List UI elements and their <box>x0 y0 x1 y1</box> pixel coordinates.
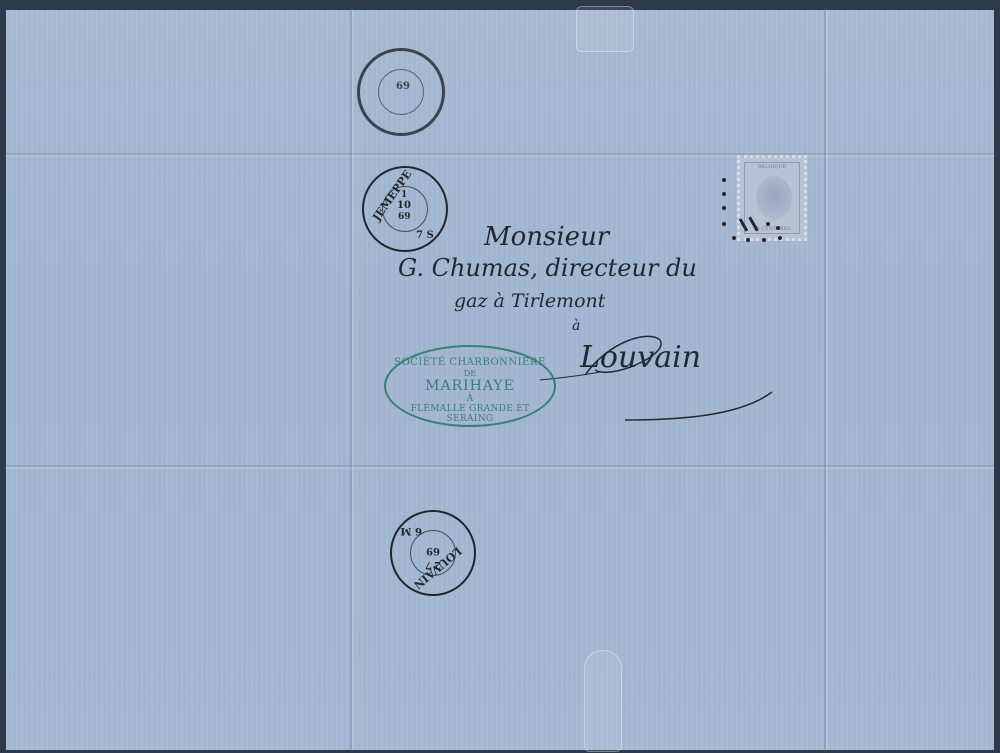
paper-seal-remnant <box>576 6 634 52</box>
king-portrait-icon <box>756 176 792 220</box>
address-salutation: Monsieur <box>484 222 609 252</box>
company-cachet: SOCIÉTÉ CHARBONNIÈRE DE MARIHAYE À FLÉMA… <box>384 345 556 427</box>
postmark-jemeppe: JEMEPPE 1 10 69 7 S <box>362 166 448 252</box>
address-recipient: G. Chumas, directeur du <box>398 254 697 282</box>
fold-line-vertical-left <box>350 10 352 750</box>
postmark-transit: 69 <box>357 48 445 136</box>
postmark-louvain: LOUVAIN 2 7 69 6 M <box>390 510 476 596</box>
fold-line-horizontal-top <box>6 153 994 155</box>
paper-tear-mark <box>584 650 622 752</box>
handwriting-flourish <box>540 320 790 430</box>
fold-line-vertical-right <box>824 10 826 750</box>
fold-line-horizontal-bottom <box>6 465 994 467</box>
address-line-3: gaz à Tirlemont <box>454 290 605 312</box>
